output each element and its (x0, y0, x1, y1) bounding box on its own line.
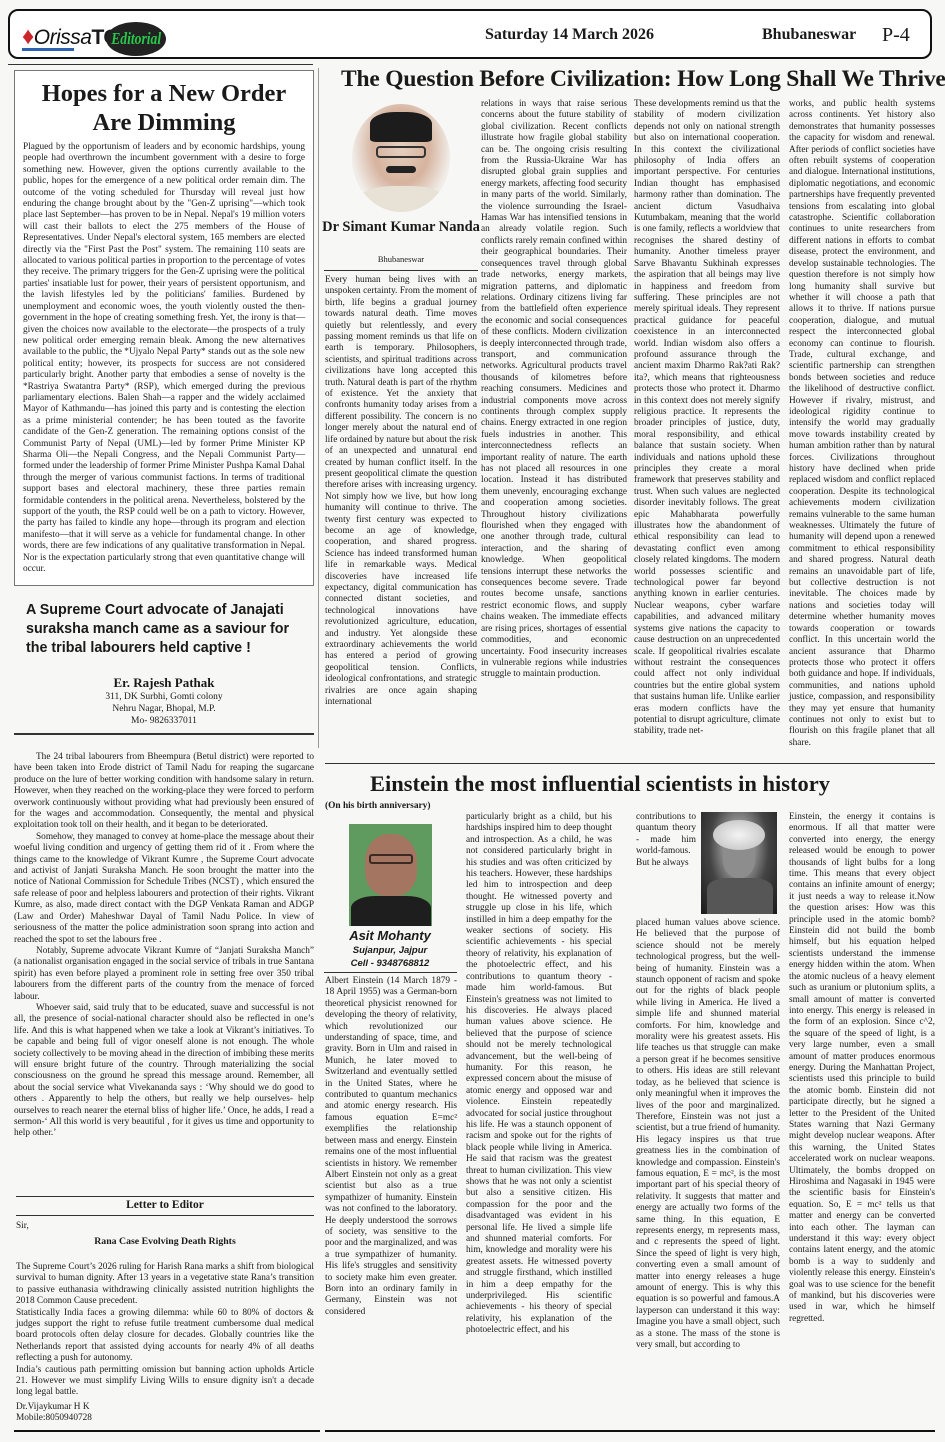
einstein-col-1: Albert Einstein (14 March 1879 - 18 Apri… (325, 976, 457, 1318)
divider (14, 1430, 320, 1432)
tribal-article-headline: A Supreme Court advocate of Janajati sur… (26, 601, 310, 658)
tribal-article-body: The 24 tribal labourers from Bheempura (… (14, 752, 314, 1140)
column-rule (318, 68, 319, 748)
letter-salutation: Sir, (16, 1221, 29, 1231)
divider (324, 972, 457, 973)
civilization-col-2: relations in ways that raise serious con… (481, 99, 627, 681)
einstein-col-3: placed human values above science. He be… (636, 918, 780, 1351)
editorial-article: Hopes for a New Order Are Dimming Plague… (14, 70, 314, 586)
einstein-col-2: particularly bright as a child, but his … (466, 812, 612, 1337)
einstein-byline: Asit Mohanty Sujanpur, Jajpur Cell - 934… (324, 928, 456, 970)
author-photo (352, 104, 450, 212)
author-place: Sujanpur, Jajpur (324, 944, 456, 957)
divider (16, 1196, 314, 1197)
civilization-col-3: These developments remind us that the st… (634, 99, 780, 738)
civilization-headline: The Question Before Civilization: How Lo… (341, 66, 941, 93)
paragraph: Somehow, they managed to convey at home-… (14, 832, 314, 946)
letter-body: The Supreme Court’s 2026 ruling for Hari… (16, 1262, 314, 1399)
divider (16, 1215, 314, 1216)
divider (14, 733, 314, 735)
paragraph: The Supreme Court’s 2026 ruling for Hari… (16, 1262, 314, 1308)
logo-underline (22, 48, 74, 51)
civilization-col-4: works, and public health systems across … (789, 99, 935, 749)
author-name: Asit Mohanty (324, 928, 456, 944)
signature-name: Dr.Vijaykumar H K (16, 1402, 92, 1413)
issue-date: Saturday 14 March 2026 (485, 26, 654, 44)
author-address-1: 311, DK Surbhi, Gomti colony (14, 691, 314, 703)
author-phone: Mo- 9826337011 (14, 715, 314, 727)
section-badge: Editorial (106, 22, 166, 56)
einstein-col-4: Einstein, the energy it contains is enor… (789, 812, 935, 1325)
logo-map-icon: ♦ (22, 23, 34, 50)
edition-city: Bhubaneswar (762, 26, 856, 44)
civilization-author: Dr Simant Kumar Nanda (322, 218, 480, 236)
divider (325, 763, 935, 764)
divider (324, 270, 478, 271)
paragraph: Notably, Supreme advocate Vikrant Kumre … (14, 946, 314, 1003)
einstein-col-3-top: contributions to quantum theory - made h… (636, 812, 696, 869)
paragraph: India’s cautious path permitting omissio… (16, 1365, 314, 1399)
einstein-subtitle: (On his birth anniversary) (325, 801, 430, 811)
letter-signature: Dr.Vijaykumar H K Mobile:8050940728 (16, 1402, 92, 1424)
masthead: ♦OrissaTODAY Editorial Saturday 14 March… (8, 9, 932, 59)
paragraph: Whoever said, said truly that to be educ… (14, 1003, 314, 1140)
author-phone: Cell - 9348768812 (324, 957, 456, 970)
author-name: Er. Rajesh Pathak (14, 675, 314, 691)
divider (8, 64, 313, 65)
signature-mobile: Mobile:8050940728 (16, 1413, 92, 1424)
civilization-location: Bhubaneswar (322, 254, 480, 264)
author-address-2: Nehru Nagar, Bhopal, M.P. (14, 703, 314, 715)
author-photo (349, 824, 432, 926)
civilization-col-1: Every human being lives with an unspoken… (325, 275, 477, 708)
einstein-headline: Einstein the most influential scientists… (370, 771, 940, 797)
paragraph: Statistically India faces a growing dile… (16, 1308, 314, 1365)
editorial-body: Plagued by the opportunism of leaders an… (23, 142, 305, 575)
divider (325, 1430, 935, 1432)
tribal-article-byline: Er. Rajesh Pathak 311, DK Surbhi, Gomti … (14, 675, 314, 727)
page-number: P-4 (882, 24, 910, 47)
paragraph: The 24 tribal labourers from Bheempura (… (14, 752, 314, 832)
letter-subject: Rana Case Evolving Death Rights (16, 1236, 314, 1247)
einstein-photo (701, 812, 777, 914)
editorial-headline: Hopes for a New Order Are Dimming (23, 79, 305, 137)
letter-heading: Letter to Editor (16, 1199, 314, 1211)
